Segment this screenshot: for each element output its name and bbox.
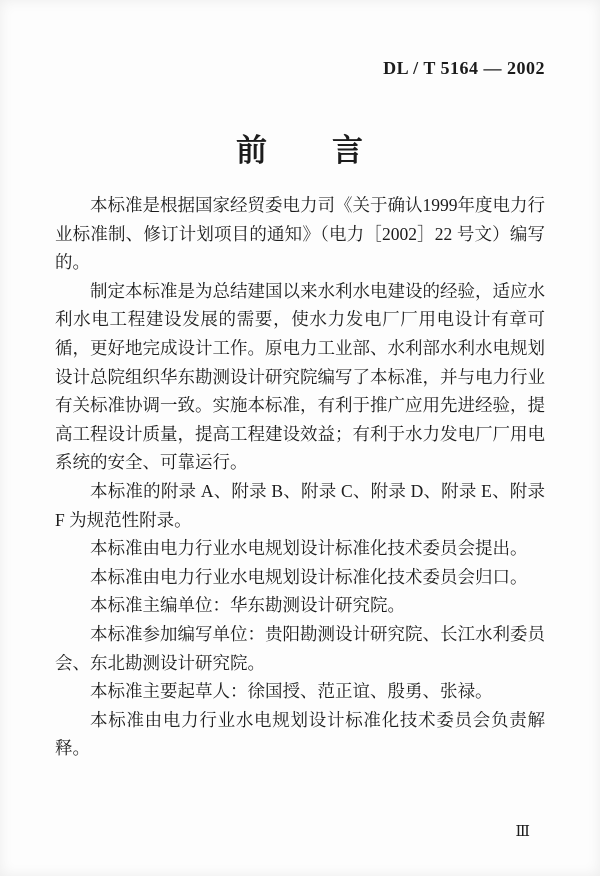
paragraph-appendices: 本标准的附录 A、附录 B、附录 C、附录 D、附录 E、附录 F 为规范性附录… xyxy=(55,477,545,534)
document-page: DL / T 5164 — 2002 前 言 本标准是根据国家经贸委电力司《关于… xyxy=(0,0,600,876)
paragraph-chief-editor-unit: 本标准主编单位：华东勘测设计研究院。 xyxy=(55,591,545,620)
foreword-body: 本标准是根据国家经贸委电力司《关于确认1999年度电力行业标准制、修订计划项目的… xyxy=(55,191,545,763)
paragraph-drafters: 本标准主要起草人：徐国授、范正谊、殷勇、张禄。 xyxy=(55,677,545,706)
page-title: 前 言 xyxy=(0,134,600,168)
paragraph-participating-units: 本标准参加编写单位：贵阳勘测设计研究院、长江水利委员会、东北勘测设计研究院。 xyxy=(55,620,545,677)
paragraph-proposed-by: 本标准由电力行业水电规划设计标准化技术委员会提出。 xyxy=(55,534,545,563)
page-number: Ⅲ xyxy=(516,822,530,842)
paragraph-basis: 本标准是根据国家经贸委电力司《关于确认1999年度电力行业标准制、修订计划项目的… xyxy=(55,191,545,277)
paragraph-centralized-by: 本标准由电力行业水电规划设计标准化技术委员会归口。 xyxy=(55,563,545,592)
paragraph-purpose: 制定本标准是为总结建国以来水利水电建设的经验，适应水利水电工程建设发展的需要，使… xyxy=(55,277,545,477)
paragraph-interpretation: 本标准由电力行业水电规划设计标准化技术委员会负责解释。 xyxy=(55,706,545,763)
standard-code: DL / T 5164 — 2002 xyxy=(383,58,545,79)
